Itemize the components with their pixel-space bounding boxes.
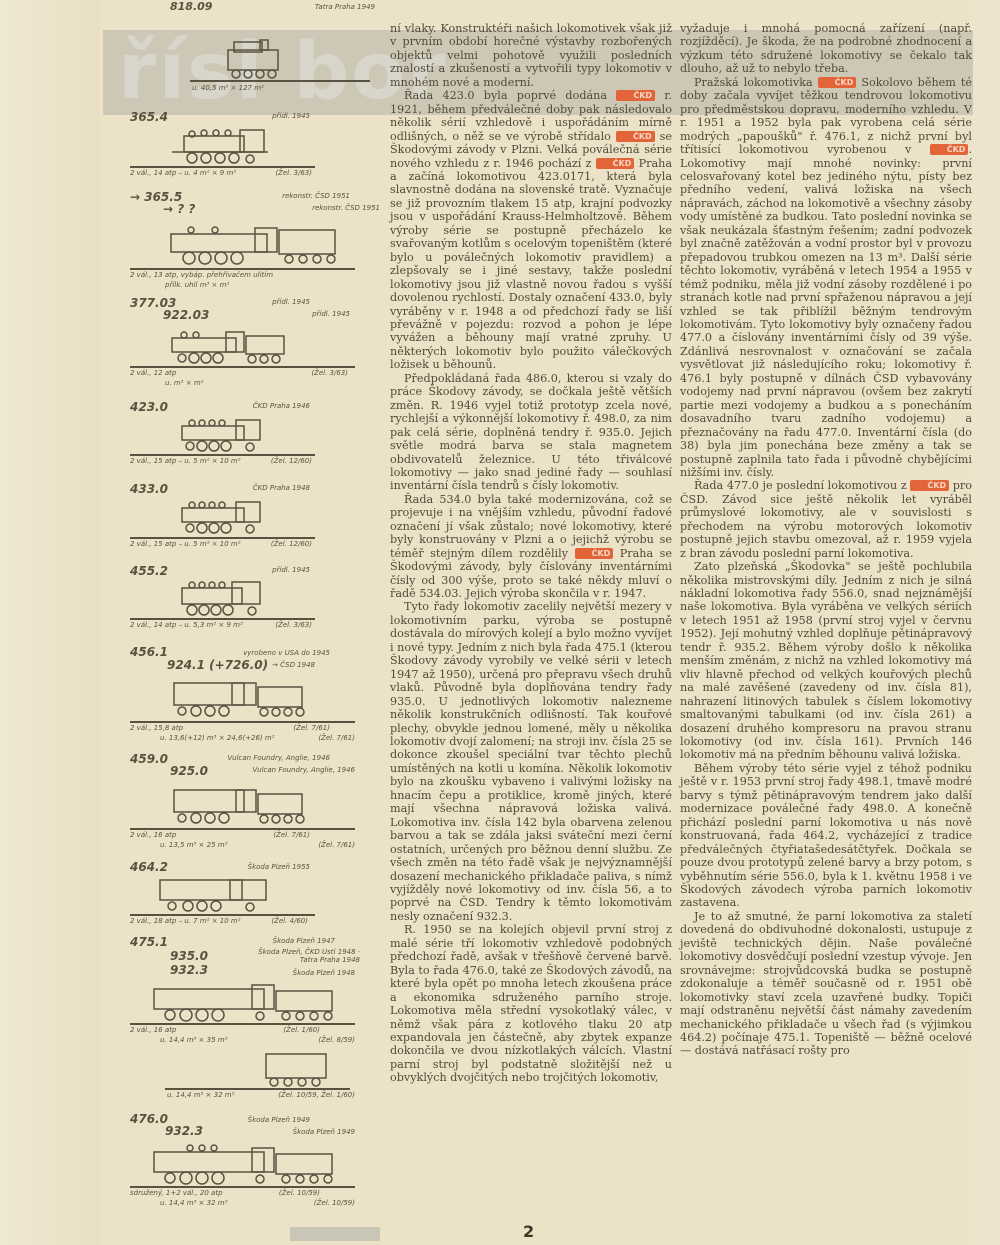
rail-line	[130, 1186, 355, 1188]
loco-maker: ČKD Praha 1948	[253, 484, 310, 492]
loco-series-secondary: 925.0	[170, 764, 208, 778]
loco-series-secondary: 924.1 (+726.0)	[167, 658, 268, 672]
rail-line	[165, 1088, 350, 1090]
loco-maker-secondary: Škoda Plzeň, ČKD Ustí 1948 · Tatra Praha…	[250, 948, 360, 964]
loco-spec: u. 14,4 m³ × 32 m²	[167, 1091, 234, 1099]
loco-spec: u. 40,5 m³ × 127 m²	[192, 84, 264, 92]
loco-maker: vyrobeno v USA do 1945	[243, 649, 330, 657]
loco-reference: (Žel. 3/63)	[311, 369, 348, 377]
loco-maker: Škoda Plzeň 1955	[248, 863, 310, 871]
loco-spec: sdružený, 1+2 vál., 20 atp	[130, 1189, 223, 1197]
loco-reference: (Žel. 10/59, Žel. 1/60)	[278, 1091, 355, 1099]
steam-locomotive-icon	[170, 416, 270, 454]
loco-spec-secondary: u. m³ × m²	[165, 379, 203, 387]
article-paragraph: Pražská lokomotivka ČKD Sokolovo během t…	[680, 76, 972, 480]
loco-maker-secondary: Škoda Plzeň 1949	[293, 1128, 355, 1136]
rail-line	[130, 166, 315, 168]
loco-spec-secondary: u. 14,4 m³ × 32 m²	[160, 1199, 227, 1207]
loco-series: 433.0	[130, 482, 168, 496]
article-paragraph: Tyto řady lokomotiv zacelily největší me…	[390, 600, 672, 923]
rail-line	[130, 537, 315, 539]
rail-line	[130, 454, 315, 456]
article-paragraph: ní vlaky. Konstruktéři našich lokomotive…	[390, 22, 672, 89]
ckd-logo-icon: ČKD	[910, 480, 949, 491]
loco-spec-secondary: u. 13,5 m³ × 25 m²	[160, 841, 227, 849]
rail-line	[130, 268, 355, 270]
loco-maker-secondary: přídl. 1945	[312, 310, 350, 318]
locomotive-drawings: 818.09 Tatra Praha 1949 u. 40,5 m³ × 127…	[125, 0, 390, 1245]
ckd-logo-icon: ČKD	[616, 131, 655, 142]
loco-spec: 2 vál., 14 atp – u. 5,3 m² × 9 m²	[130, 621, 243, 629]
loco-maker: Škoda Plzeň 1947	[273, 937, 335, 945]
loco-reference: (Žel. 12/60)	[271, 457, 312, 465]
footer-smudge	[290, 1227, 380, 1241]
loco-reference: (Žel. 4/60)	[271, 917, 308, 925]
rail-line	[130, 914, 315, 916]
loco-series: 818.09	[170, 0, 212, 13]
steam-locomotive-icon	[150, 874, 280, 914]
loco-series: 456.1	[130, 645, 168, 659]
article-paragraph: Řada 534.0 byla také modernizována, což …	[390, 493, 672, 601]
loco-reference: (Žel. 10/59)	[279, 1189, 320, 1197]
article-paragraph: R. 1950 se na kolejích objevil první str…	[390, 923, 672, 1084]
ckd-logo-icon: ČKD	[818, 77, 857, 88]
loco-reference-secondary: (Žel. 7/61)	[318, 734, 355, 742]
loco-series-tertiary: 932.3	[170, 963, 208, 977]
article-column-1: ní vlaky. Konstruktéři našich lokomotive…	[390, 22, 672, 1085]
steam-locomotive-icon	[170, 498, 270, 536]
loco-reference: (Žel. 7/61)	[293, 724, 330, 732]
article-paragraph: Během výroby této série vyjel z téhož po…	[680, 762, 972, 910]
article-paragraph: Zato plzeňská „Škodovka" se ještě pochlu…	[680, 560, 972, 762]
loco-spec: 2 vál., 16 atp	[130, 831, 176, 839]
loco-maker: ČKD Praha 1946	[253, 402, 310, 410]
article-paragraph: Řada 477.0 je poslední lokomotivou z ČKD…	[680, 479, 972, 560]
loco-maker: přídl. 1945	[272, 112, 310, 120]
loco-series: 464.2	[130, 860, 168, 874]
steam-locomotive-icon	[170, 126, 270, 166]
rail-line	[190, 80, 370, 82]
loco-reference: (Žel. 1/60)	[283, 1026, 320, 1034]
ckd-logo-icon: ČKD	[930, 144, 969, 155]
loco-spec: 2 vál., 14 atp – u. 4 m² × 9 m²	[130, 169, 236, 177]
loco-series: 476.0	[130, 1112, 168, 1126]
tank-wagon-icon	[220, 38, 290, 80]
loco-spec-secondary: u. 14,4 m³ × 35 m²	[160, 1036, 227, 1044]
loco-maker: přídl. 1945	[272, 566, 310, 574]
article-paragraph: vyžaduje i mnohá pomocná zařízení (např.…	[680, 22, 972, 76]
loco-maker: přídl. 1945	[272, 298, 310, 306]
compound-locomotive-with-tender-icon	[140, 1144, 340, 1186]
article-paragraph: Je to až smutné, že parní lokomotiva za …	[680, 910, 972, 1058]
steam-locomotive-with-tender-icon	[160, 677, 310, 719]
loco-series-secondary: 935.0	[170, 949, 208, 963]
tender-icon	[260, 1048, 335, 1088]
loco-reference: (Žel. 3/63)	[275, 621, 312, 629]
loco-series-secondary: → ? ?	[163, 202, 195, 216]
page-left-margin	[0, 0, 100, 1245]
loco-series: 423.0	[130, 400, 168, 414]
loco-spec: 2 vál., 15 atp – u. 5 m² × 10 m²	[130, 540, 241, 548]
loco-maker-secondary: rekonstr. ČSD 1951	[312, 204, 380, 212]
rail-line	[130, 721, 355, 723]
loco-spec: 2 vál., 15,8 atp	[130, 724, 183, 732]
ckd-logo-icon: ČKD	[575, 548, 614, 559]
steam-locomotive-with-tender-icon	[155, 224, 345, 266]
loco-spec: 2 vál., 13 atp, vybáp. přehřívačem ulití…	[130, 271, 273, 279]
loco-reference-secondary: (Žel. 10/59)	[314, 1199, 355, 1207]
loco-series-secondary: 922.03	[163, 308, 209, 322]
loco-spec: 2 vál., 18 atp – u. 7 m² × 10 m²	[130, 917, 241, 925]
page-number: 2	[523, 1222, 534, 1241]
loco-maker-secondary: Vulcan Foundry, Anglie, 1946	[252, 766, 355, 774]
loco-series: 475.1	[130, 935, 168, 949]
steam-locomotive-with-tender-icon	[160, 784, 310, 826]
steam-locomotive-with-tender-icon	[160, 328, 290, 366]
loco-spec: 2 vál., 16 atp	[130, 1026, 176, 1034]
rail-line	[130, 366, 355, 368]
loco-spec: 2 vál., 12 atp	[130, 369, 176, 377]
loco-series-secondary: 932.3	[165, 1124, 203, 1138]
loco-maker: rekonstr. ČSD 1951	[282, 192, 350, 200]
loco-spec-secondary: přílk. uhlí m³ × m²	[165, 281, 229, 289]
loco-reference: (Žel. 12/60)	[271, 540, 312, 548]
steam-locomotive-with-tender-icon	[140, 981, 340, 1023]
loco-spec-secondary: u. 13,6(+12) m³ × 24,6(+26) m²	[160, 734, 275, 742]
rail-line	[130, 618, 315, 620]
loco-maker-secondary: → ČSD 1948	[272, 661, 315, 669]
rail-line	[130, 828, 355, 830]
loco-spec: 2 vál., 15 atp – u. 5 m² × 10 m²	[130, 457, 241, 465]
article-column-2: vyžaduje i mnohá pomocná zařízení (např.…	[680, 22, 972, 1058]
rail-line	[130, 1023, 355, 1025]
loco-maker: Škoda Plzeň 1949	[248, 1116, 310, 1124]
loco-series: 455.2	[130, 564, 168, 578]
article-paragraph: Předpokládaná řada 486.0, kterou si vzal…	[390, 372, 672, 493]
loco-series: 459.0	[130, 752, 168, 766]
loco-reference-secondary: (Žel. 7/61)	[318, 841, 355, 849]
article-paragraph: Řada 423.0 byla poprvé dodána ČKD r. 192…	[390, 89, 672, 372]
loco-series: 365.4	[130, 110, 168, 124]
loco-maker-tertiary: Škoda Plzeň 1948	[293, 969, 355, 977]
ckd-logo-icon: ČKD	[616, 90, 655, 101]
ckd-logo-icon: ČKD	[596, 158, 635, 169]
steam-locomotive-icon	[170, 578, 270, 618]
loco-maker: Vulcan Foundry, Anglie, 1946	[227, 754, 330, 762]
loco-reference-secondary: (Žel. 8/59)	[318, 1036, 355, 1044]
loco-maker: Tatra Praha 1949	[315, 3, 375, 11]
loco-reference: (Žel. 7/61)	[273, 831, 310, 839]
loco-reference: (Žel. 3/63)	[275, 169, 312, 177]
